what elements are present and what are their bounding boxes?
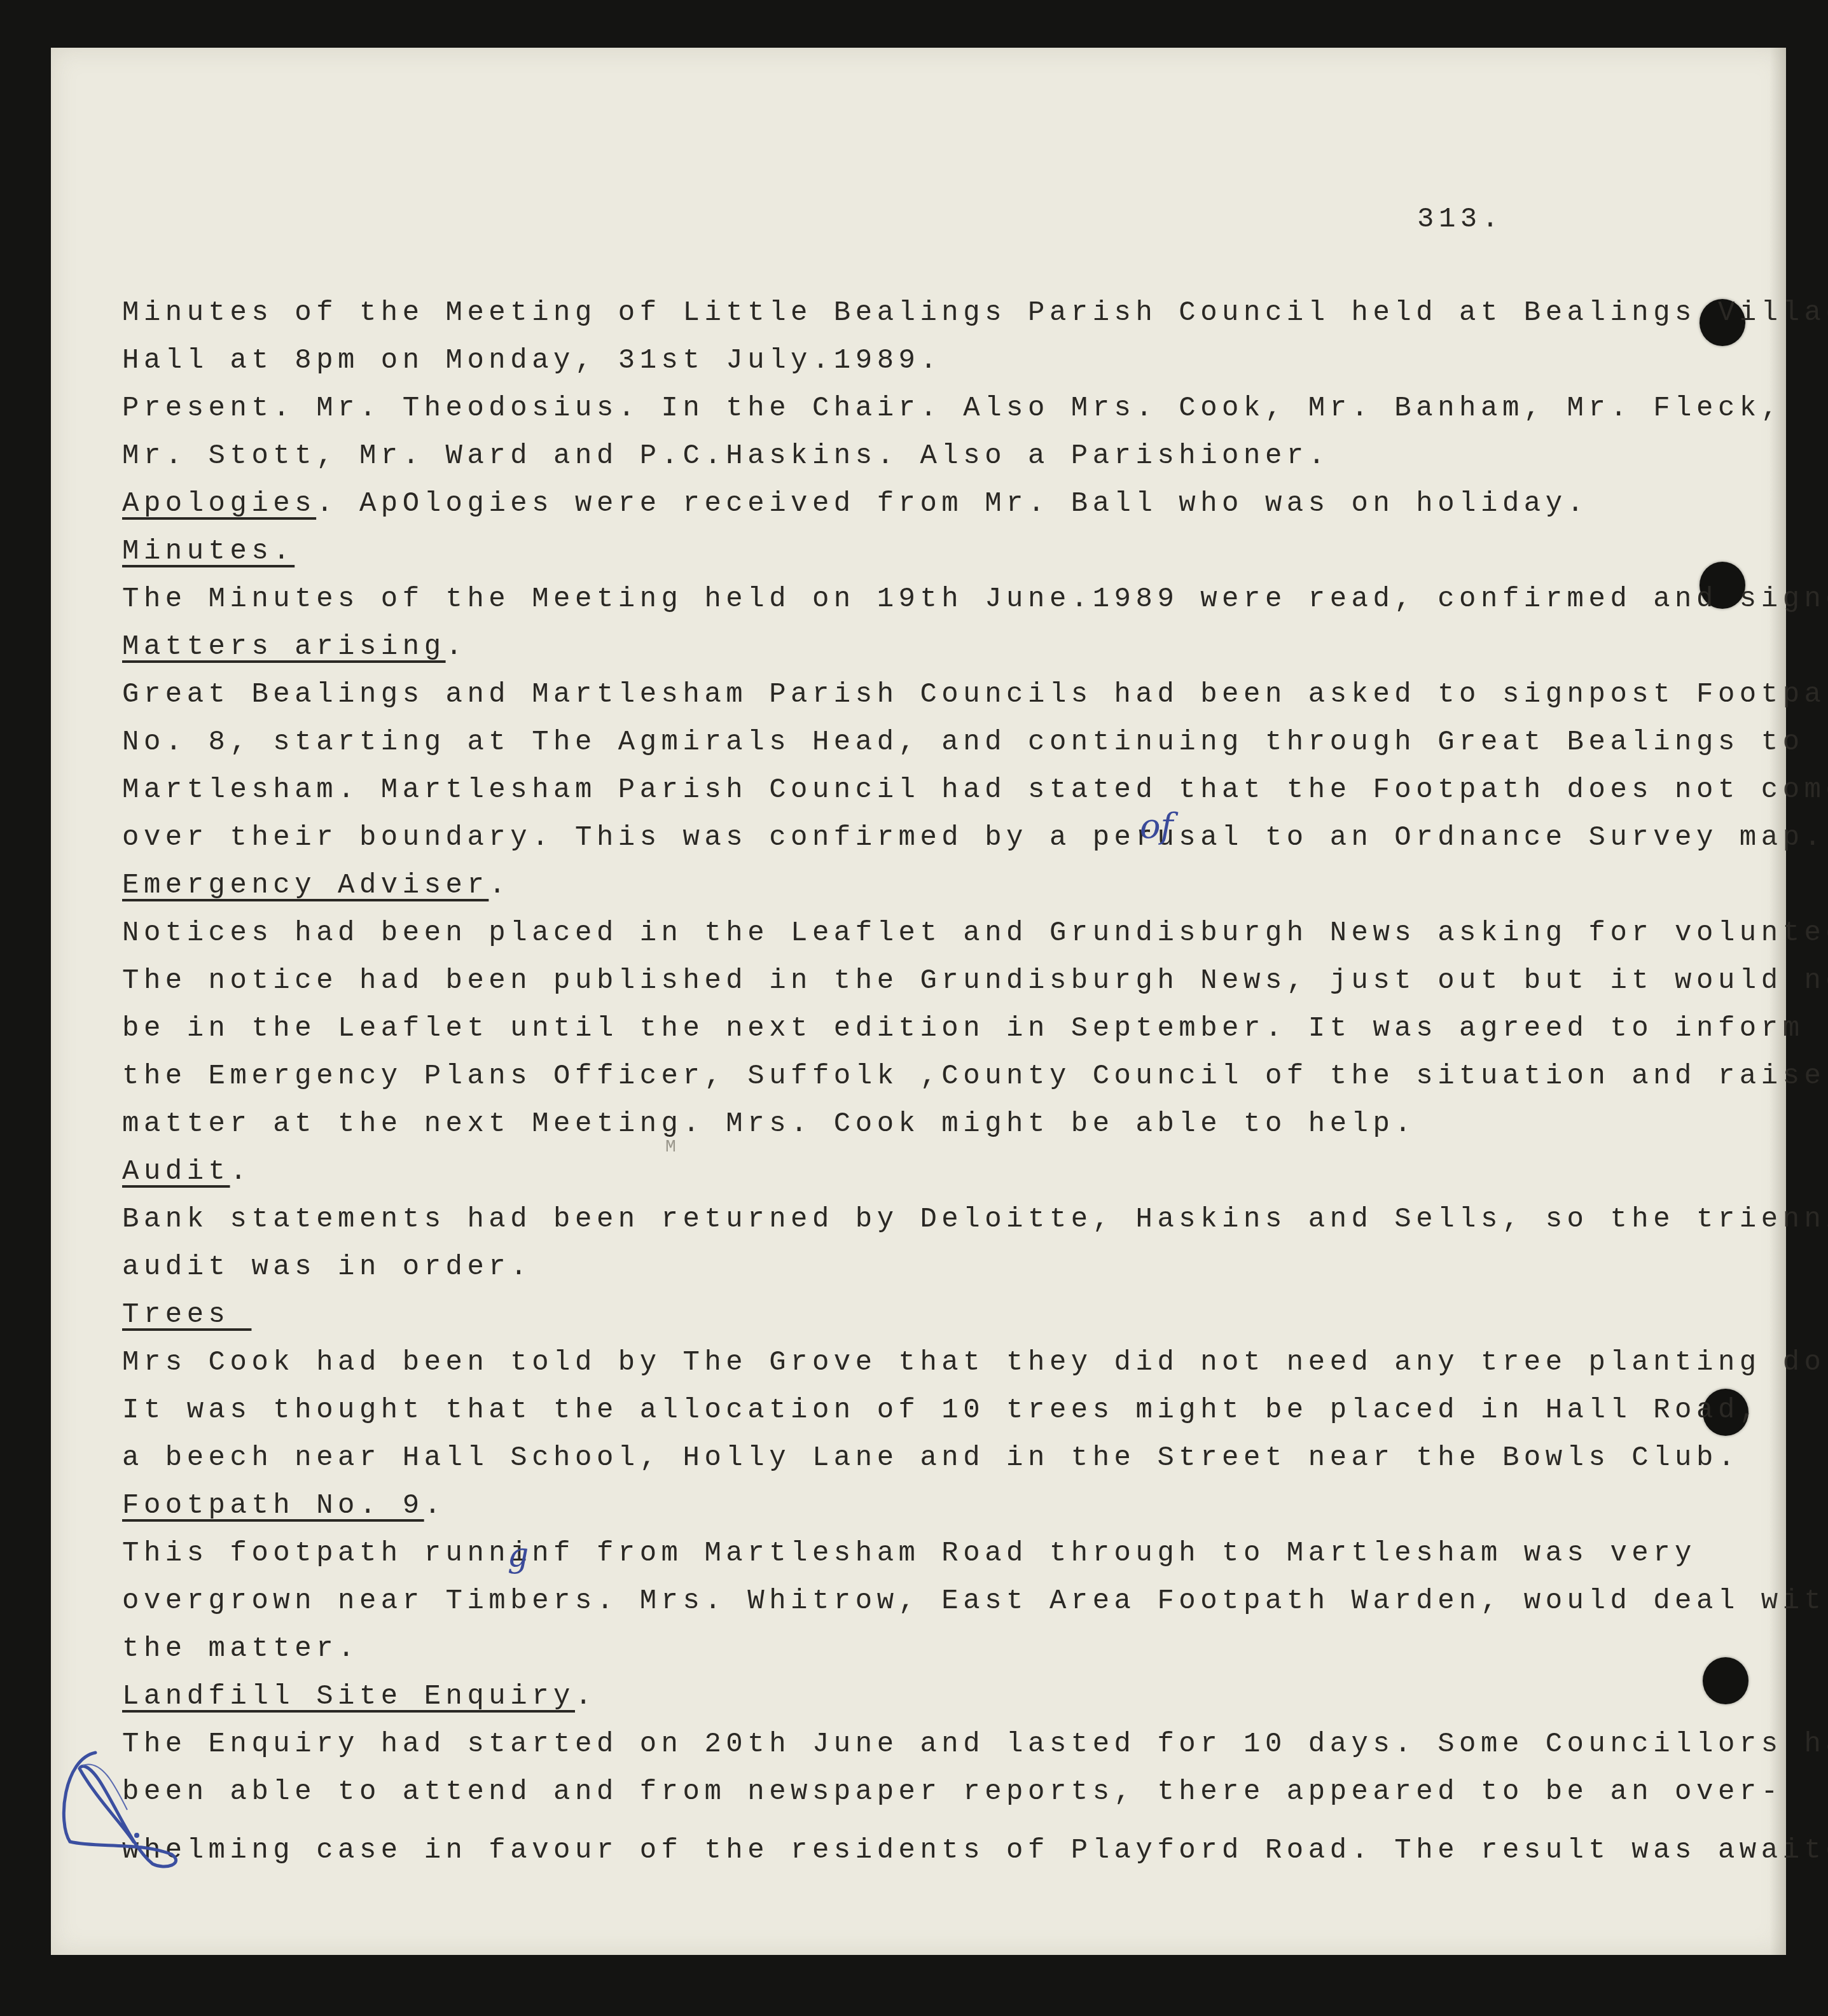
punch-hole <box>1703 1657 1748 1704</box>
text-line: Hall at 8pm on Monday, 31st July.1989. <box>122 347 941 375</box>
text-line: Notices had been placed in the Leaflet a… <box>122 919 1828 947</box>
text-line: It was thought that the allocation of 10… <box>122 1396 1761 1424</box>
text-line: matter at the next Meeting. Mrs. Cook mi… <box>122 1110 1416 1138</box>
section-heading: Footpath No. 9 <box>122 1490 424 1522</box>
text-line: Great Bealings and Martlesham Parish Cou… <box>122 681 1828 709</box>
text-line: Mr. Stott, Mr. Ward and P.C.Haskins. Als… <box>122 442 1330 470</box>
section-emergency-adviser: Emergency Adviser. <box>122 872 510 900</box>
text-line: the Emergency Plans Officer, Suffolk ,Co… <box>122 1062 1828 1090</box>
text-line: be in the Leaflet until the next edition… <box>122 1015 1804 1043</box>
text-line: Present. Mr. Theodosius. In the Chair. A… <box>122 394 1783 422</box>
section-matters-arising: Matters arising. <box>122 633 467 661</box>
text-line: Bank statements had been returned by Del… <box>122 1206 1828 1234</box>
section-apologies: Apologies. ApOlogies were received from … <box>122 490 1589 518</box>
text-line: The Enquiry had started on 20th June and… <box>122 1730 1828 1758</box>
page-number: 313. <box>1417 205 1504 233</box>
text-line: The notice had been published in the Gru… <box>122 967 1828 995</box>
text-line: This footpath runninf from Martlesham Ro… <box>122 1540 1696 1568</box>
section-heading: Minutes. <box>122 536 294 567</box>
text-line: Minutes of the Meeting of Little Bealing… <box>122 299 1828 327</box>
section-heading: Landfill Site Enquiry <box>122 1681 575 1713</box>
section-footpath-9: Footpath No. 9. <box>122 1492 446 1520</box>
section-audit: Audit. <box>122 1158 251 1186</box>
document-page: 313. Minutes of the Meeting of Little Be… <box>51 48 1786 1955</box>
text-line: audit was in order. <box>122 1253 532 1281</box>
section-landfill: Landfill Site Enquiry. <box>122 1683 597 1711</box>
text-line: over their boundary. This was confirmed … <box>122 824 1825 852</box>
ink-correction: g <box>508 1536 529 1575</box>
text-line: the matter. <box>122 1635 359 1663</box>
section-heading: Audit <box>122 1156 230 1188</box>
section-heading: Trees <box>122 1299 251 1331</box>
text-line: been able to attend and from newspaper r… <box>122 1778 1783 1806</box>
section-minutes: Minutes. <box>122 538 294 566</box>
text-line: The Minutes of the Meeting held on 19th … <box>122 585 1828 613</box>
section-trees: Trees <box>122 1301 251 1329</box>
text-line: whelming case in favour of the residents… <box>122 1837 1828 1865</box>
signature-initials-icon <box>57 1746 204 1886</box>
text-line: overgrown near Timbers. Mrs. Whitrow, Ea… <box>122 1587 1828 1615</box>
text-line: Mrs Cook had been told by The Grove that… <box>122 1349 1828 1377</box>
section-heading: Matters arising <box>122 631 446 663</box>
ink-correction: of <box>1140 806 1174 846</box>
text-line: a beech near Hall School, Holly Lane and… <box>122 1444 1740 1472</box>
text-line: . ApOlogies were received from Mr. Ball … <box>316 488 1588 520</box>
section-heading: Emergency Adviser <box>122 870 488 901</box>
text-line: Martlesham. Martlesham Parish Council ha… <box>122 776 1828 804</box>
faint-mark: M <box>665 1137 676 1157</box>
text-line: No. 8, starting at The Agmirals Head, an… <box>122 728 1804 756</box>
section-heading: Apologies <box>122 488 316 520</box>
